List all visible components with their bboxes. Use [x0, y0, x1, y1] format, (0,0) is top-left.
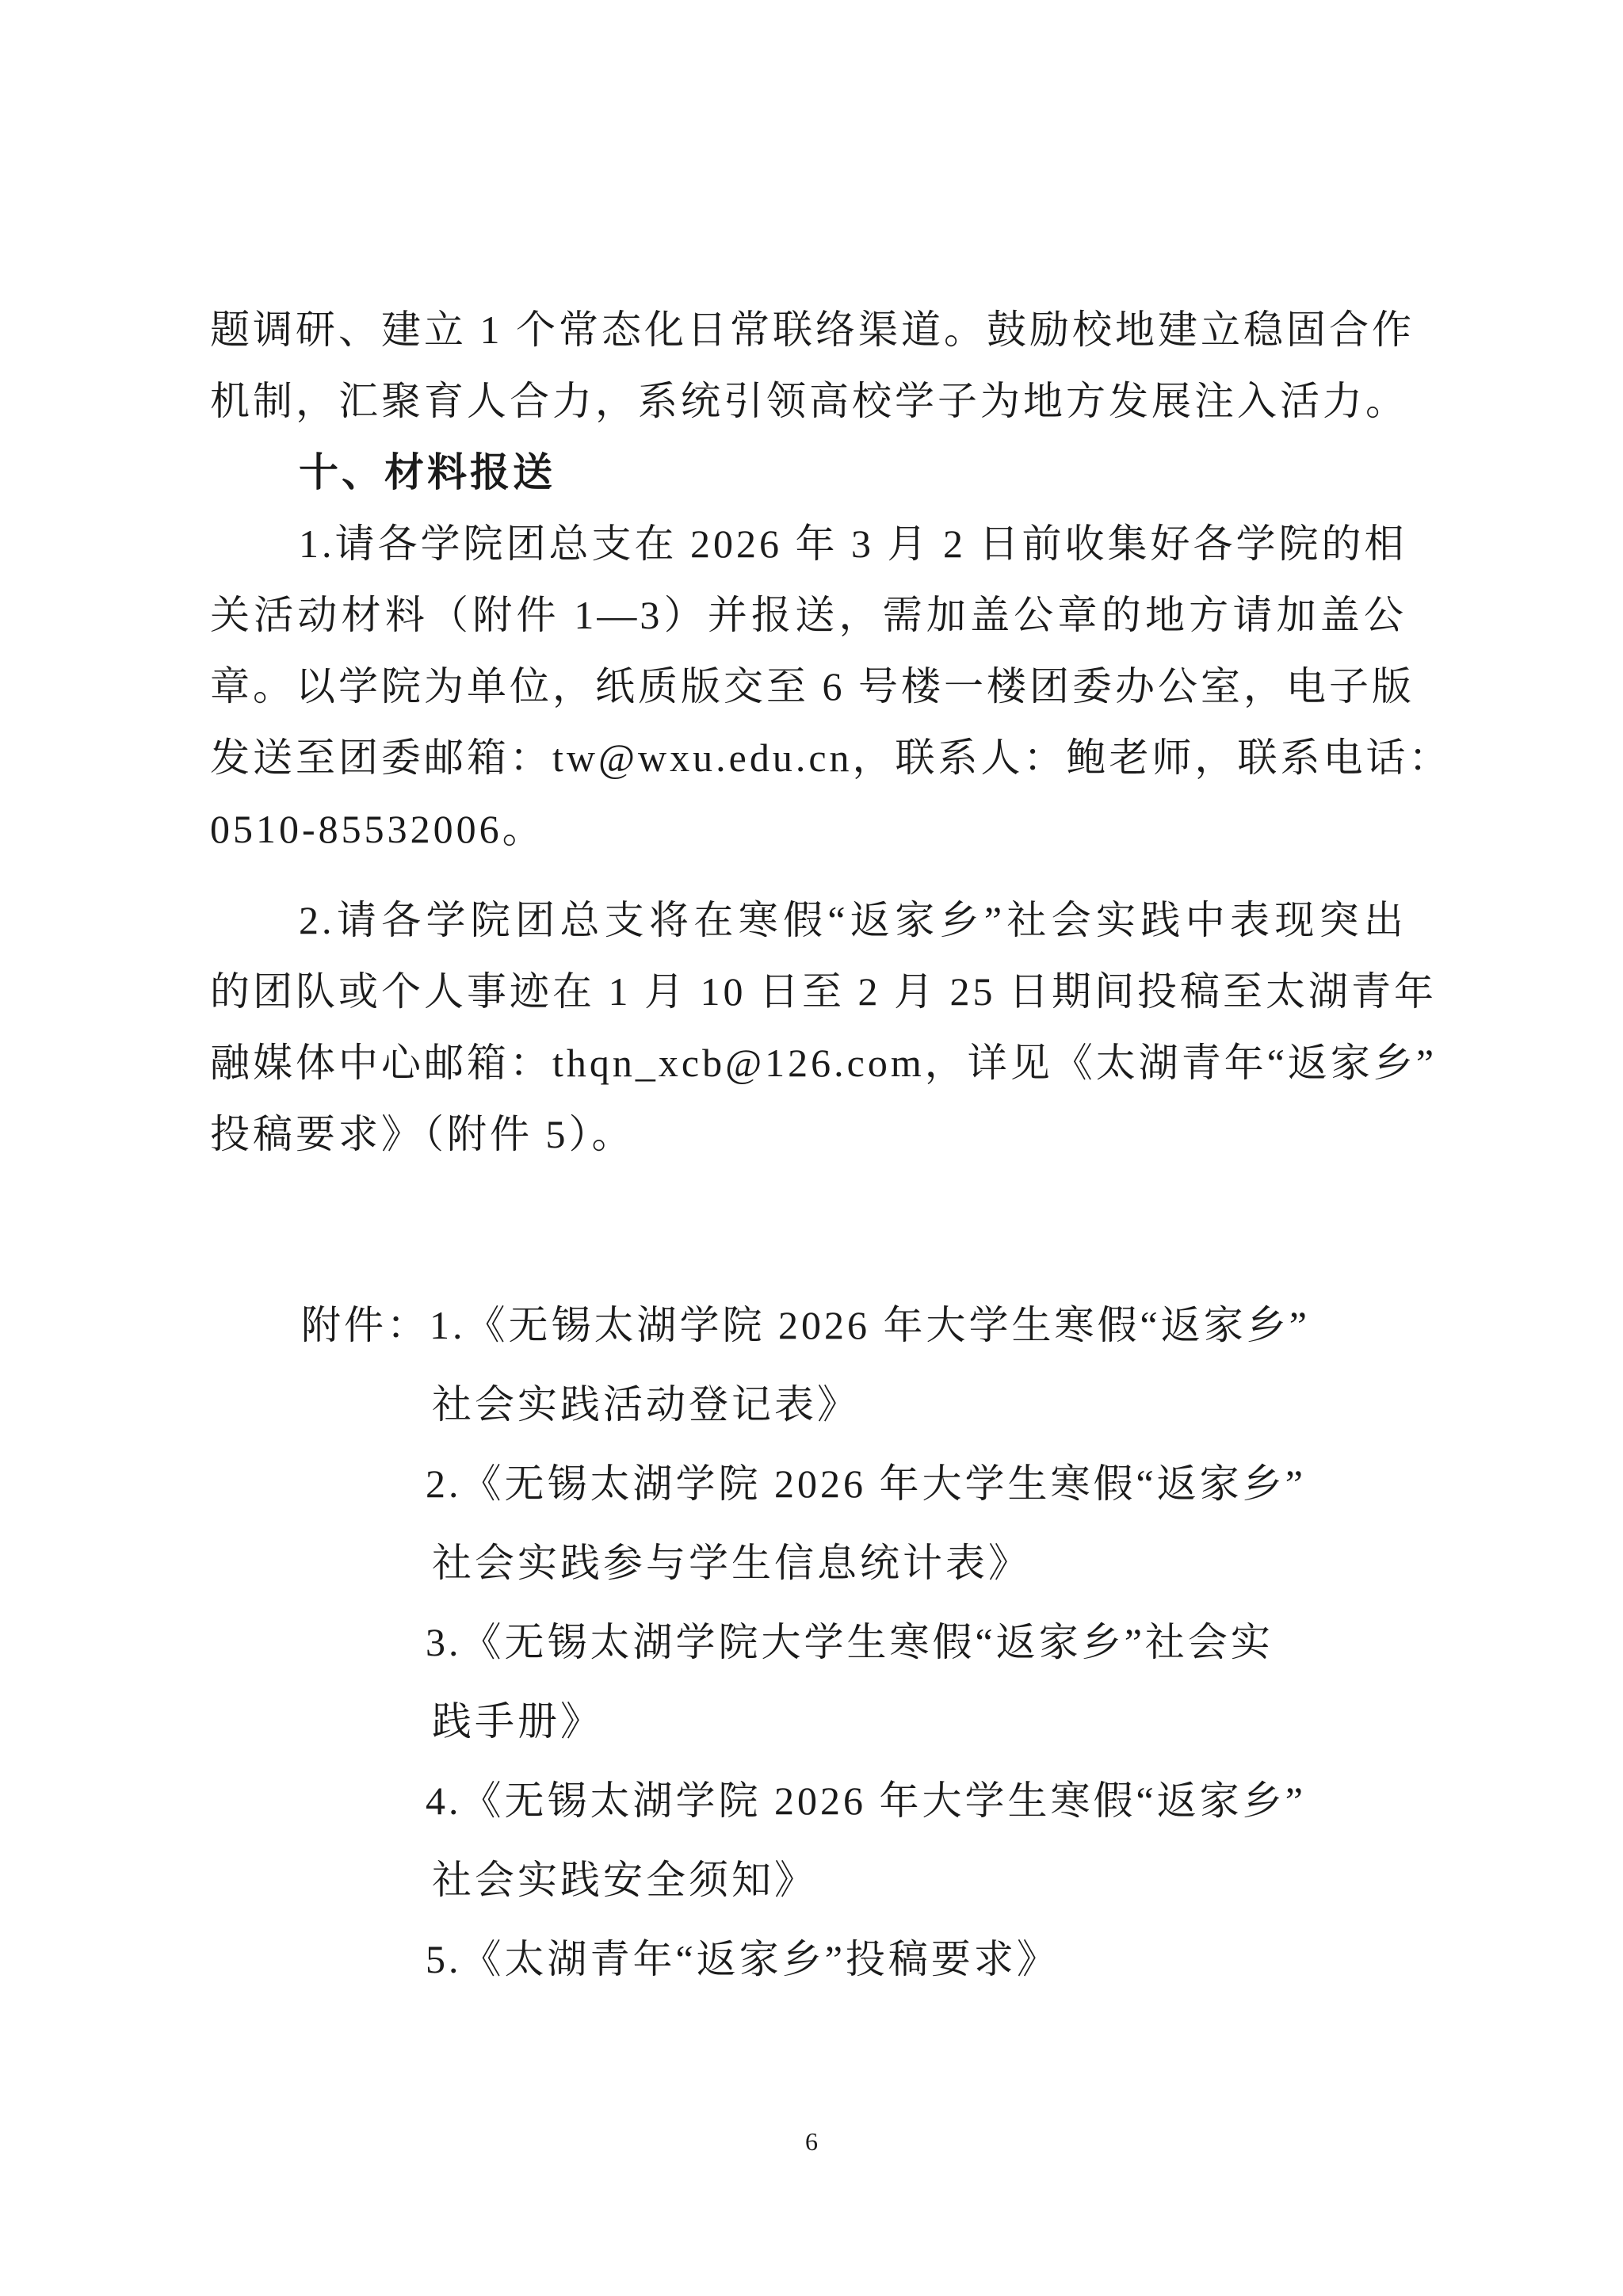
attachment-item-line: 5.《太湖青年“返家乡”投稿要求》 [301, 1920, 1458, 1999]
attachment-item-line: 3.《无锡太湖学院大学生寒假“返家乡”社会实 [301, 1603, 1458, 1682]
body-line: 1.请各学院团总支在 2026 年 3 月 2 日前收集好各学院的相 [210, 508, 1407, 579]
attachment-item-line: 2.《无锡太湖学院 2026 年大学生寒假“返家乡” [301, 1444, 1458, 1523]
attachments-label: 附件： [301, 1286, 430, 1365]
body-text-block: 题调研、建立 1 个常态化日常联络渠道。鼓励校地建立稳固合作 机制，汇聚育人合力… [210, 294, 1407, 1170]
body-line: 投稿要求》（附件 5）。 [210, 1098, 1407, 1170]
body-line: 题调研、建立 1 个常态化日常联络渠道。鼓励校地建立稳固合作 [210, 294, 1407, 365]
attachment-continuation-line: 社会实践活动登记表》 [301, 1365, 1458, 1444]
attachment-item-line: 4.《无锡太湖学院 2026 年大学生寒假“返家乡” [301, 1761, 1458, 1840]
attachment-list: 附件：1.《无锡太湖学院 2026 年大学生寒假“返家乡” 社会实践活动登记表》… [301, 1286, 1458, 1999]
body-line: 章。以学院为单位，纸质版交至 6 号楼一楼团委办公室，电子版 [210, 651, 1407, 722]
attachment-continuation-line: 践手册》 [301, 1682, 1458, 1761]
body-line: 机制，汇聚育人合力，系统引领高校学子为地方发展注入活力。 [210, 365, 1407, 437]
body-line: 2.请各学院团总支将在寒假“返家乡”社会实践中表现突出 [210, 884, 1407, 956]
body-line: 的团队或个人事迹在 1 月 10 日至 2 月 25 日期间投稿至太湖青年 [210, 956, 1407, 1027]
attachment-item-line: 附件：1.《无锡太湖学院 2026 年大学生寒假“返家乡” [301, 1286, 1458, 1365]
attachment-item: 1.《无锡太湖学院 2026 年大学生寒假“返家乡” [430, 1303, 1310, 1347]
body-line: 融媒体中心邮箱：thqn_xcb@126.com，详见《太湖青年“返家乡” [210, 1027, 1407, 1098]
attachment-continuation-line: 社会实践参与学生信息统计表》 [301, 1523, 1458, 1603]
body-line: 发送至团委邮箱：tw@wxu.edu.cn，联系人：鲍老师，联系电话： [210, 722, 1407, 793]
attachment-continuation-line: 社会实践安全须知》 [301, 1840, 1458, 1920]
section-heading: 十、材料报送 [210, 437, 1407, 508]
document-page: 题调研、建立 1 个常态化日常联络渠道。鼓励校地建立稳固合作 机制，汇聚育人合力… [0, 0, 1623, 2296]
body-line: 关活动材料（附件 1—3）并报送，需加盖公章的地方请加盖公 [210, 579, 1407, 651]
body-line: 0510-85532006。 [210, 793, 1407, 865]
page-number: 6 [0, 2127, 1623, 2157]
